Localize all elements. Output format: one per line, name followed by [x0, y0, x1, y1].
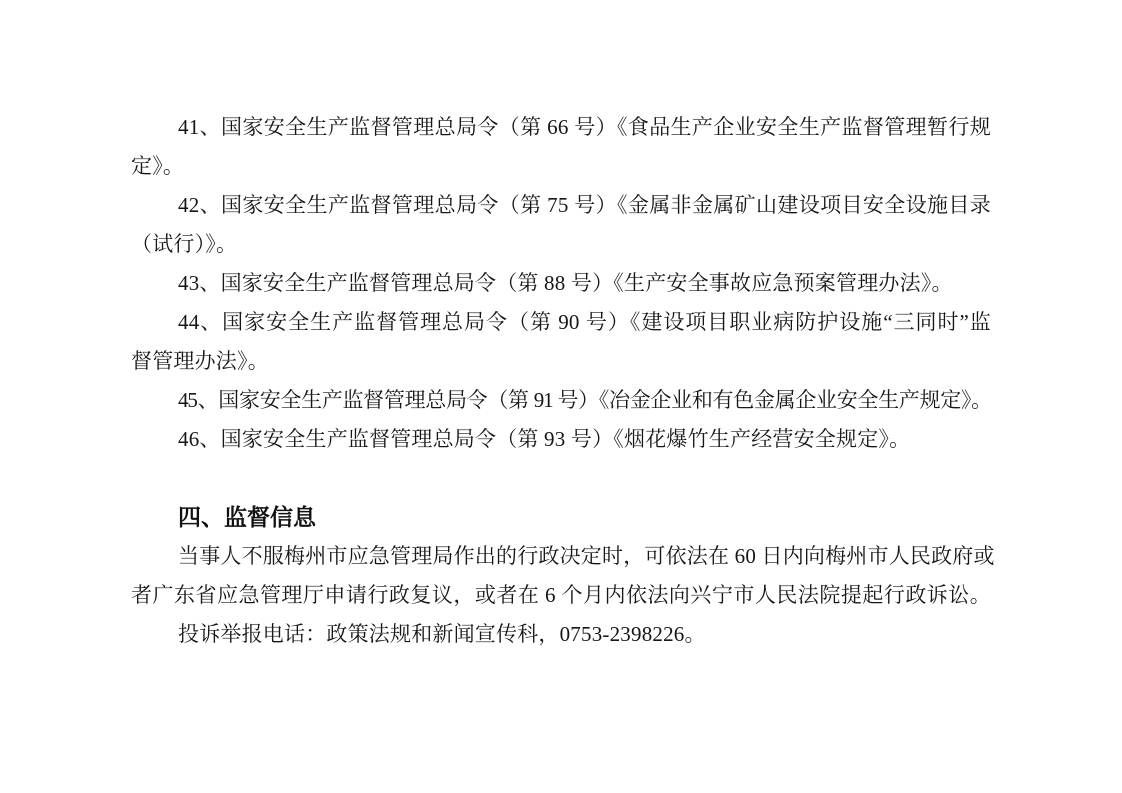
- complaint-hotline-line: 投诉举报电话：政策法规和新闻宣传科，0753-2398226。: [131, 615, 991, 654]
- supervision-paragraph-line-1: 当事人不服梅州市应急管理局作出的行政决定时，可依法在 60 日内向梅州市人民政府…: [131, 537, 991, 576]
- regulation-item-44-line-2: 督管理办法》。: [131, 342, 991, 381]
- document-text-block: 41、国家安全生产监督管理总局令（第 66 号）《食品生产企业安全生产监督管理暂…: [131, 108, 991, 654]
- regulation-item-42-line-2: （试行）》。: [131, 225, 991, 264]
- regulation-item-41-line-1: 41、国家安全生产监督管理总局令（第 66 号）《食品生产企业安全生产监督管理暂…: [131, 108, 991, 147]
- document-page: 41、国家安全生产监督管理总局令（第 66 号）《食品生产企业安全生产监督管理暂…: [0, 0, 1122, 793]
- regulation-item-43: 43、国家安全生产监督管理总局令（第 88 号）《生产安全事故应急预案管理办法》…: [131, 264, 991, 303]
- regulation-item-45: 45、国家安全生产监督管理总局令（第 91 号）《冶金企业和有色金属企业安全生产…: [131, 381, 991, 420]
- regulation-item-41-line-2: 定》。: [131, 147, 991, 186]
- regulation-item-46: 46、国家安全生产监督管理总局令（第 93 号）《烟花爆竹生产经营安全规定》。: [131, 420, 991, 459]
- regulation-item-44-line-1: 44、国家安全生产监督管理总局令（第 90 号）《建设项目职业病防护设施“三同时…: [131, 303, 991, 342]
- section-heading-supervision-info: 四、监督信息: [131, 498, 991, 537]
- regulation-item-42-line-1: 42、国家安全生产监督管理总局令（第 75 号）《金属非金属矿山建设项目安全设施…: [131, 186, 991, 225]
- supervision-paragraph-line-2: 者广东省应急管理厅申请行政复议，或者在 6 个月内依法向兴宁市人民法院提起行政诉…: [131, 576, 991, 615]
